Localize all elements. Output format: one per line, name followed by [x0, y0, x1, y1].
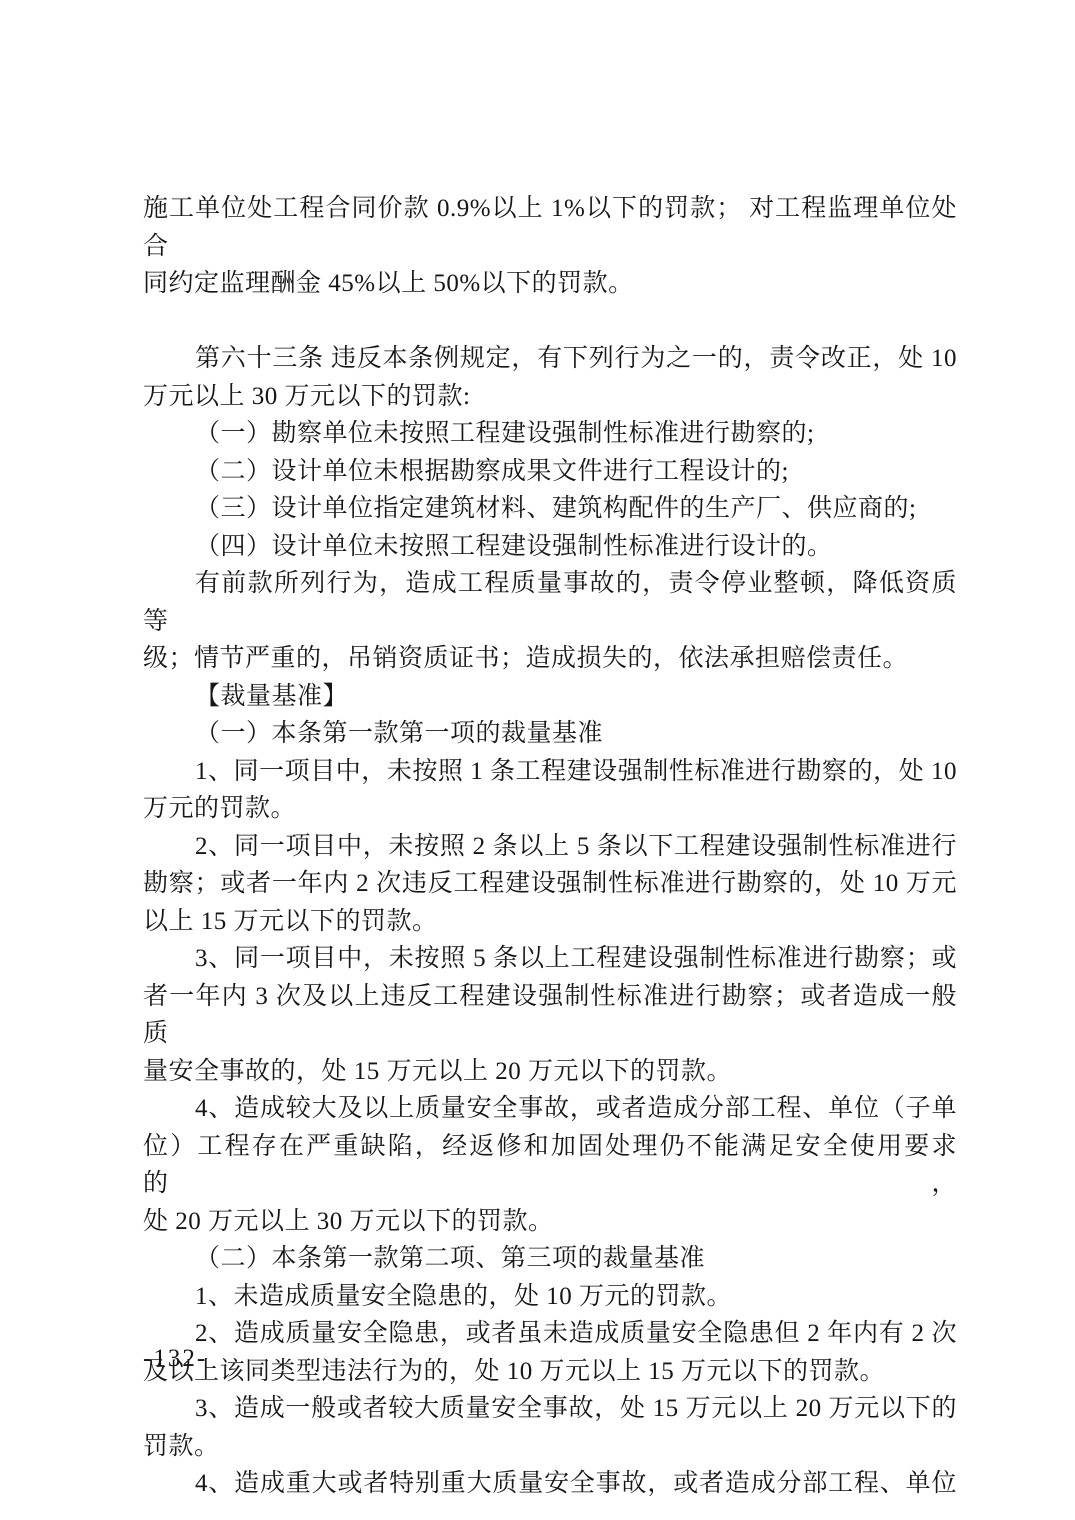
text-line: 2、造成质量安全隐患，或者虽未造成质量安全隐患但 2 年内有 2 次: [143, 1315, 957, 1353]
text-line: 第六十三条 违反本条例规定，有下列行为之一的，责令改正，处 10: [143, 340, 957, 378]
text-line: 以上 15 万元以下的罚款。: [143, 903, 957, 941]
text-line: 者一年内 3 次及以上违反工程建设强制性标准进行勘察；或者造成一般质: [143, 978, 957, 1053]
text-line: 级；情节严重的，吊销资质证书；造成损失的，依法承担赔偿责任。: [143, 640, 957, 678]
text-line: （二）设计单位未根据勘察成果文件进行工程设计的;: [143, 453, 957, 491]
text-line: （一）本条第一款第一项的裁量基准: [143, 715, 957, 753]
text-line: 施工单位处工程合同价款 0.9%以上 1%以下的罚款； 对工程监理单位处合: [143, 190, 957, 265]
page-number: -132-: [143, 1344, 207, 1374]
text-line: 位）工程存在严重缺陷，经返修和加固处理仍不能满足安全使用要求的，: [143, 1128, 957, 1203]
text-line: 量安全事故的，处 15 万元以上 20 万元以下的罚款。: [143, 1053, 957, 1091]
text-line: 4、造成较大及以上质量安全事故，或者造成分部工程、单位（子单: [143, 1090, 957, 1128]
text-line: 1、未造成质量安全隐患的，处 10 万元的罚款。: [143, 1278, 957, 1316]
text-line: 及以上该同类型违法行为的，处 10 万元以上 15 万元以下的罚款。: [143, 1353, 957, 1391]
document-page: 施工单位处工程合同价款 0.9%以上 1%以下的罚款； 对工程监理单位处合同约定…: [0, 0, 1075, 1520]
text-line: 万元以上 30 万元以下的罚款:: [143, 378, 957, 416]
text-line: 1、同一项目中，未按照 1 条工程建设强制性标准进行勘察的，处 10: [143, 753, 957, 791]
text-line: 2、同一项目中，未按照 2 条以上 5 条以下工程建设强制性标准进行: [143, 828, 957, 866]
text-line: （三）设计单位指定建筑材料、建筑构配件的生产厂、供应商的;: [143, 490, 957, 528]
text-line: （一）勘察单位未按照工程建设强制性标准进行勘察的;: [143, 415, 957, 453]
text-line: 处 20 万元以上 30 万元以下的罚款。: [143, 1203, 957, 1241]
text-line: 有前款所列行为，造成工程质量事故的，责令停业整顿，降低资质等: [143, 565, 957, 640]
text-line: 【裁量基准】: [143, 678, 957, 716]
document-body: 施工单位处工程合同价款 0.9%以上 1%以下的罚款； 对工程监理单位处合同约定…: [143, 190, 957, 1503]
text-line: 罚款。: [143, 1428, 957, 1466]
text-line: 4、造成重大或者特别重大质量安全事故，或者造成分部工程、单位: [143, 1465, 957, 1503]
text-line: 万元的罚款。: [143, 790, 957, 828]
text-line: 勘察；或者一年内 2 次违反工程建设强制性标准进行勘察的，处 10 万元: [143, 865, 957, 903]
text-line: 同约定监理酬金 45%以上 50%以下的罚款。: [143, 265, 957, 303]
text-line: （二）本条第一款第二项、第三项的裁量基准: [143, 1240, 957, 1278]
text-line: 3、造成一般或者较大质量安全事故，处 15 万元以上 20 万元以下的: [143, 1390, 957, 1428]
text-line: （四）设计单位未按照工程建设强制性标准进行设计的。: [143, 528, 957, 566]
paragraph-spacer: [143, 303, 957, 341]
text-line: 3、同一项目中，未按照 5 条以上工程建设强制性标准进行勘察；或: [143, 940, 957, 978]
